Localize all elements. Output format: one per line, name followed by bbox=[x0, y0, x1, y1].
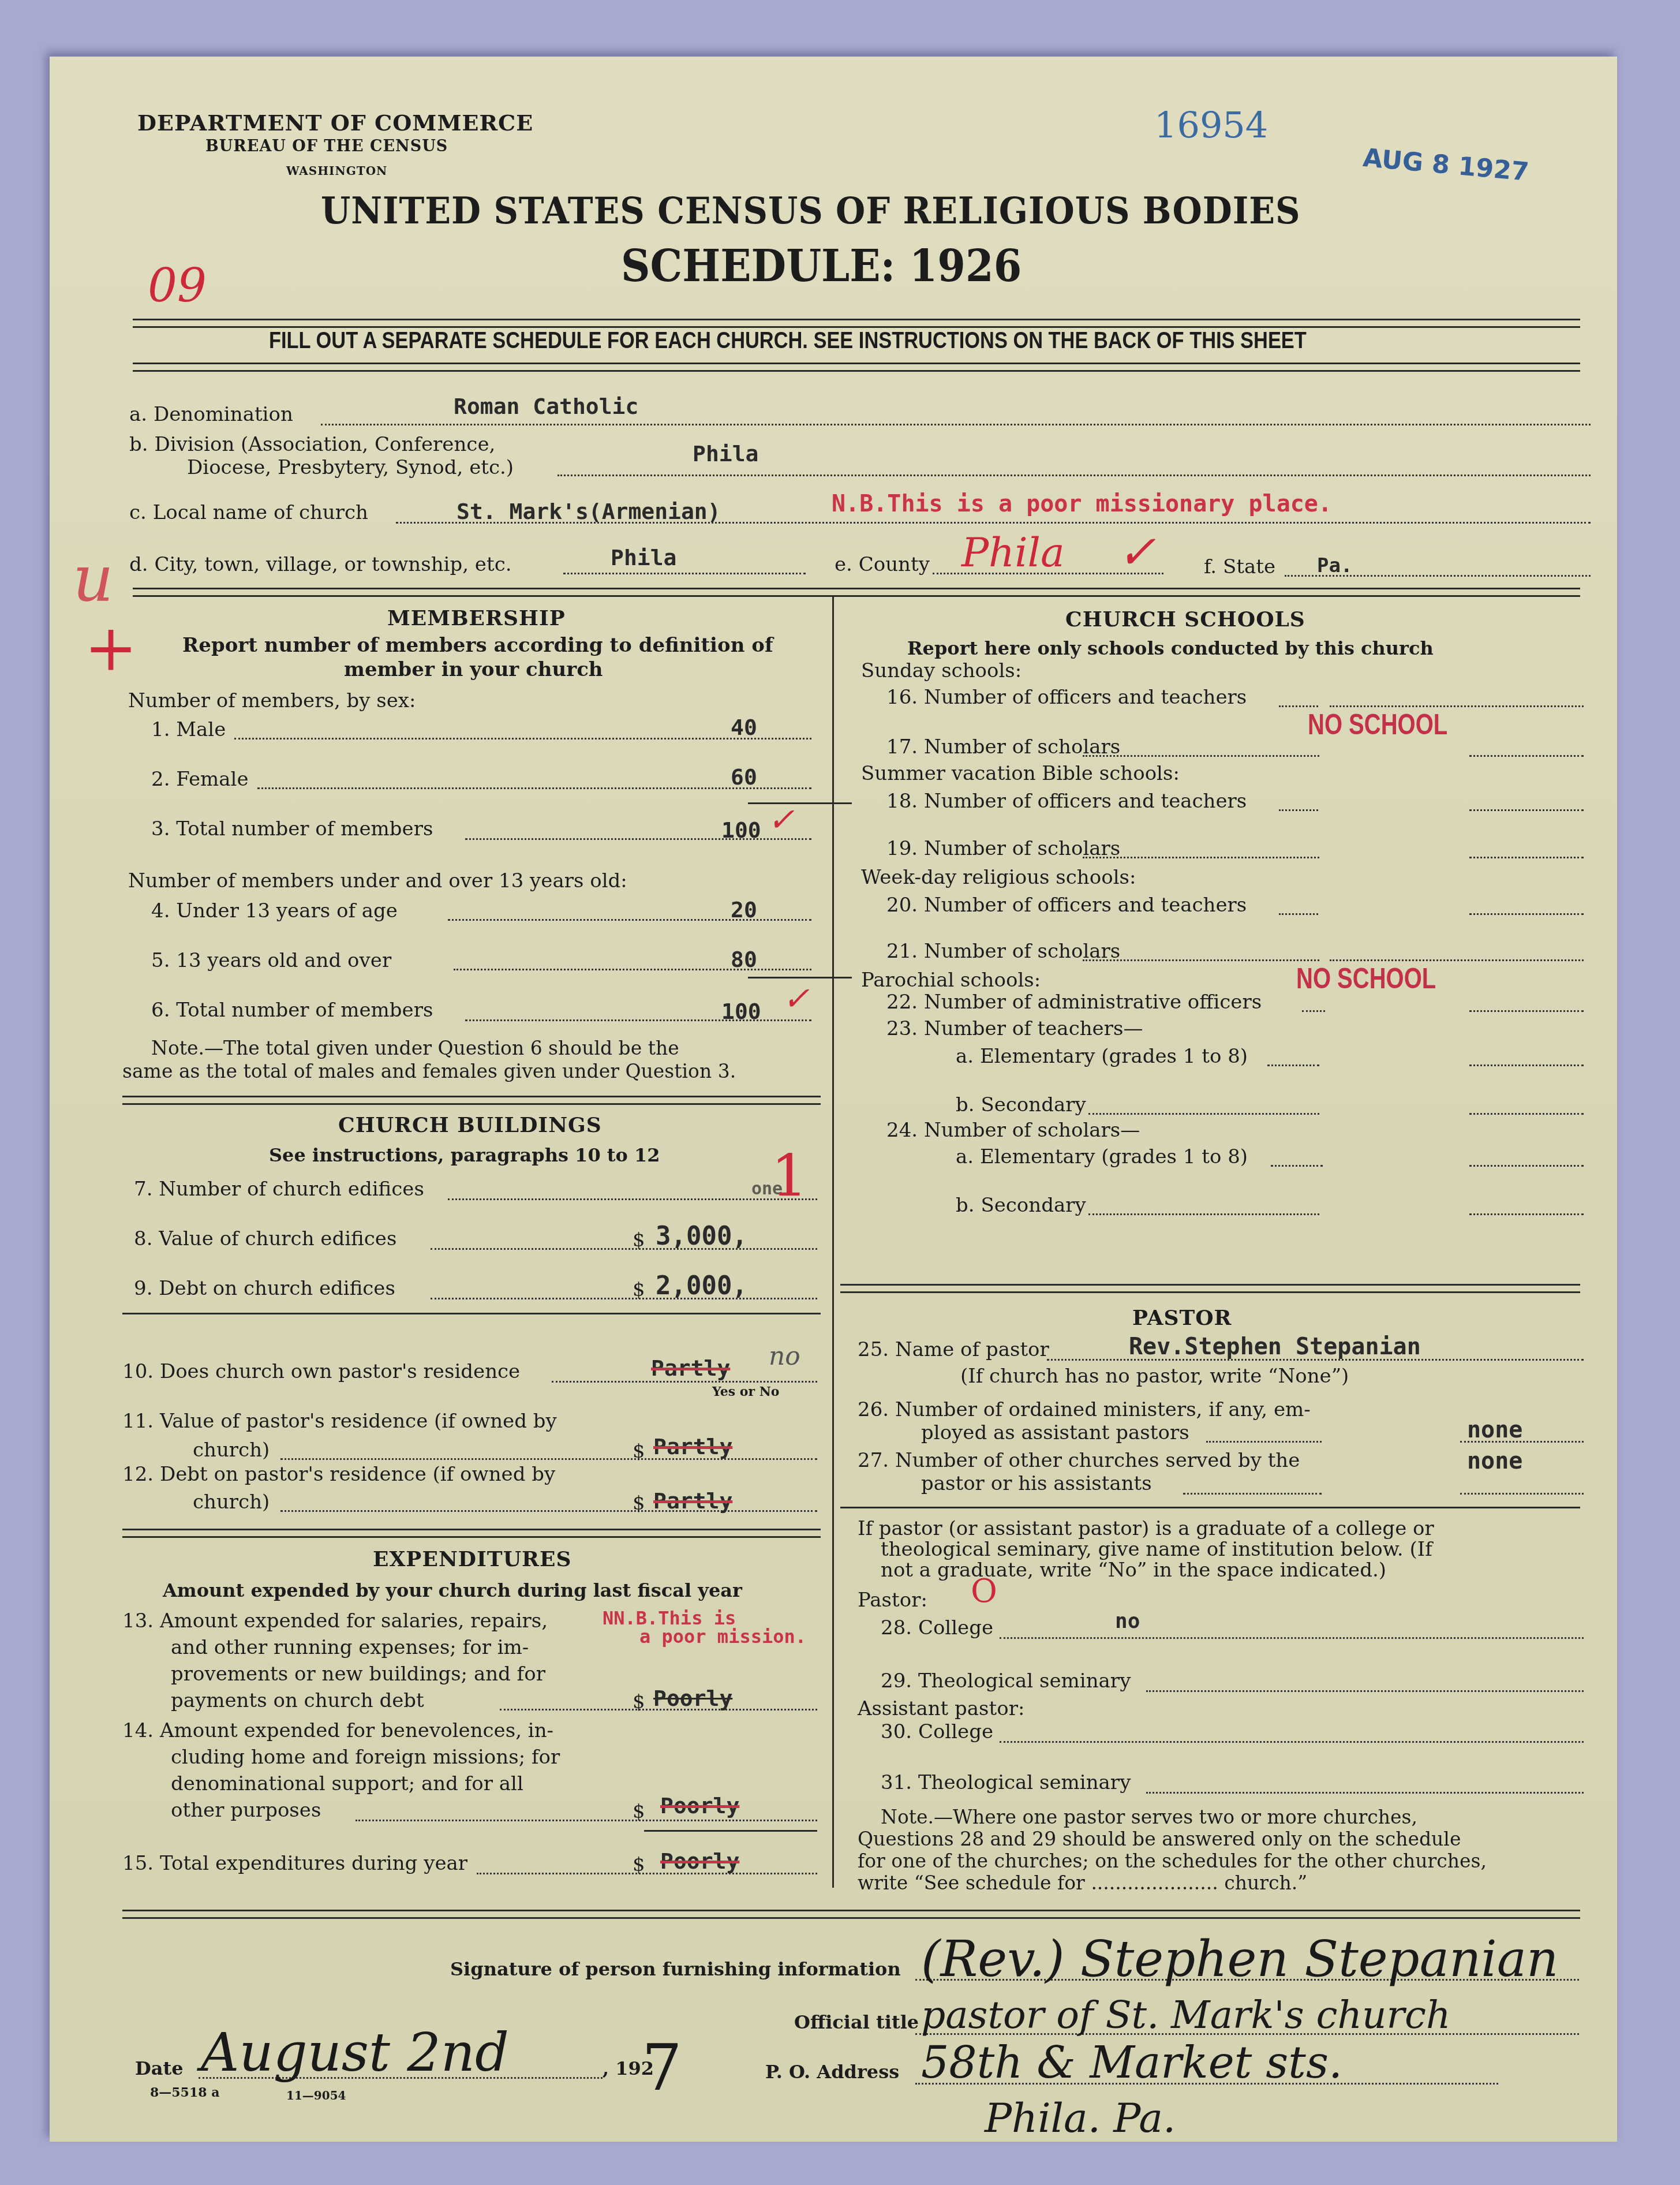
form-title: UNITED STATES CENSUS OF RELIGIOUS BODIES bbox=[321, 189, 1300, 233]
q24a-line-a bbox=[1271, 1165, 1323, 1167]
q17-line-b bbox=[1469, 755, 1584, 757]
graduate-note-line2: theological seminary, give name of insti… bbox=[881, 1538, 1432, 1561]
date-label: Date bbox=[135, 2057, 184, 2079]
membership-note-line2: same as the total of males and females g… bbox=[122, 1060, 736, 1083]
instruction-divider bbox=[133, 363, 1580, 372]
q8-line bbox=[431, 1248, 817, 1250]
q5-line bbox=[454, 969, 811, 970]
assistant-pastor-label: Assistant pastor: bbox=[858, 1697, 1024, 1720]
q1-male-value[interactable]: 40 bbox=[731, 715, 757, 740]
q30-label: 30. College bbox=[881, 1720, 993, 1743]
buildings-subtitle: See instructions, paragraphs 10 to 12 bbox=[269, 1144, 660, 1166]
q27-label-line1: 27. Number of other churches served by t… bbox=[858, 1449, 1300, 1472]
signature-value[interactable]: (Rev.) Stephen Stepanian bbox=[921, 1930, 1558, 1988]
q27-line-a bbox=[1183, 1493, 1322, 1495]
q18-label: 18. Number of officers and teachers bbox=[886, 790, 1247, 813]
q13-label-line2: and other running expenses; for im- bbox=[171, 1636, 529, 1659]
sunday-school-stamp: NO SCHOOL bbox=[1308, 708, 1447, 741]
q2-female-label: 2. Female bbox=[151, 768, 249, 791]
q16-line-b bbox=[1330, 705, 1584, 707]
parochial-school-stamp: NO SCHOOL bbox=[1296, 962, 1436, 995]
q10-residence-label: 10. Does church own pastor's residence bbox=[122, 1360, 520, 1383]
q23b-line-b bbox=[1469, 1113, 1584, 1115]
margin-mark-u: u bbox=[73, 541, 114, 615]
q12-label-line1: 12. Debt on pastor's residence (if owned… bbox=[122, 1463, 555, 1486]
q31-line bbox=[1146, 1792, 1584, 1794]
q11-value[interactable]: Partly bbox=[653, 1434, 732, 1459]
local-name-value[interactable]: St. Mark's(Armenian) bbox=[457, 499, 721, 524]
q22-label: 22. Number of administrative officers bbox=[886, 991, 1262, 1014]
bureau-city: WASHINGTON bbox=[286, 164, 387, 178]
q23-label: 23. Number of teachers— bbox=[886, 1017, 1143, 1040]
buildings-subdivider bbox=[122, 1313, 821, 1314]
division-label-line1: b. Division (Association, Conference, bbox=[129, 433, 495, 456]
q9-dollar-sign: $ bbox=[633, 1278, 645, 1301]
division-label-line2: Diocese, Presbytery, Synod, etc.) bbox=[187, 456, 514, 479]
membership-title: MEMBERSHIP bbox=[387, 606, 566, 630]
q10-hint: Yes or No bbox=[712, 1384, 780, 1399]
schedule-year: SCHEDULE: 1926 bbox=[621, 240, 1022, 292]
city-line bbox=[563, 573, 806, 574]
county-check-mark: ✓ bbox=[1117, 525, 1156, 579]
q22-line-b bbox=[1469, 1010, 1584, 1012]
q24a-label: a. Elementary (grades 1 to 8) bbox=[956, 1145, 1248, 1168]
q26-label-line1: 26. Number of ordained ministers, if any… bbox=[858, 1398, 1311, 1421]
q14-sum-rule bbox=[644, 1830, 817, 1832]
q13-label-line4: payments on church debt bbox=[171, 1689, 424, 1712]
pastor-sub-label: Pastor: bbox=[858, 1589, 927, 1612]
expenditures-annotation-line2: a poor mission. bbox=[639, 1626, 806, 1648]
q25-label: 25. Name of pastor bbox=[858, 1338, 1049, 1361]
q3-check-mark: ✓ bbox=[768, 801, 795, 839]
q11-label-line1: 11. Value of pastor's residence (if owne… bbox=[122, 1410, 557, 1433]
q13-dollar-sign: $ bbox=[633, 1690, 645, 1713]
q16-label: 16. Number of officers and teachers bbox=[886, 686, 1247, 709]
q26-line-a bbox=[1206, 1441, 1322, 1443]
pastor-note-line1: Note.—Where one pastor serves two or mor… bbox=[881, 1806, 1417, 1829]
q24-label: 24. Number of scholars— bbox=[886, 1119, 1140, 1142]
city-value[interactable]: Phila bbox=[611, 545, 676, 570]
schools-subtitle: Report here only schools conducted by th… bbox=[907, 637, 1434, 659]
q29-line bbox=[1146, 1690, 1584, 1692]
q30-line bbox=[1000, 1741, 1584, 1743]
header-divider bbox=[133, 319, 1580, 328]
summer-schools-label: Summer vacation Bible schools: bbox=[861, 762, 1180, 785]
q6-total-label: 6. Total number of members bbox=[151, 999, 433, 1022]
state-value[interactable]: Pa. bbox=[1317, 554, 1352, 577]
q20-line-a bbox=[1279, 913, 1318, 915]
q28-value[interactable]: no bbox=[1115, 1609, 1140, 1633]
denomination-value[interactable]: Roman Catholic bbox=[454, 394, 638, 419]
division-line bbox=[557, 475, 1591, 476]
q14-label-line3: denominational support; and for all bbox=[171, 1772, 523, 1795]
membership-divider bbox=[122, 1096, 821, 1105]
q23a-line-b bbox=[1469, 1065, 1584, 1066]
q21-line-a bbox=[1083, 959, 1319, 961]
q14-label-line1: 14. Amount expended for benevolences, in… bbox=[122, 1719, 553, 1742]
q9-debt-label: 9. Debt on church edifices bbox=[134, 1277, 395, 1300]
q9-value[interactable]: 2,000, bbox=[656, 1271, 747, 1301]
serial-number-stamp: 16954 bbox=[1154, 104, 1268, 146]
q12-dollar-sign: $ bbox=[633, 1492, 645, 1515]
buildings-title: CHURCH BUILDINGS bbox=[338, 1113, 602, 1137]
q24b-line-b bbox=[1469, 1213, 1584, 1215]
expenditures-title: EXPENDITURES bbox=[373, 1547, 571, 1571]
pastor-subdivider bbox=[840, 1507, 1580, 1508]
pastor-note-line4: write “See schedule for ................… bbox=[858, 1872, 1307, 1895]
q15-line bbox=[477, 1873, 817, 1874]
margin-mark-plus: + bbox=[84, 611, 137, 685]
local-name-annotation: N.B.This is a poor missionary place. bbox=[832, 491, 1332, 517]
q23a-label: a. Elementary (grades 1 to 8) bbox=[956, 1045, 1248, 1068]
q19-line-b bbox=[1469, 857, 1584, 858]
margin-mark-red: 09 bbox=[148, 259, 207, 312]
q27-label-line2: pastor or his assistants bbox=[921, 1472, 1152, 1495]
weekday-schools-label: Week-day religious schools: bbox=[861, 866, 1136, 889]
q14-line bbox=[356, 1820, 817, 1821]
q20-line-b bbox=[1469, 913, 1584, 915]
po-address-label: P. O. Address bbox=[765, 2061, 899, 2083]
column-divider bbox=[832, 597, 834, 1888]
membership-note-line1: Note.—The total given under Question 6 s… bbox=[151, 1037, 679, 1060]
county-label: e. County bbox=[835, 553, 930, 576]
q8-value-label: 8. Value of church edifices bbox=[134, 1227, 396, 1250]
q5-over13-value[interactable]: 80 bbox=[731, 947, 757, 972]
q28-line bbox=[1000, 1637, 1584, 1639]
q22-line-a bbox=[1302, 1010, 1325, 1012]
q10-line bbox=[552, 1381, 817, 1383]
q14-label-line4: other purposes bbox=[171, 1799, 321, 1822]
census-schedule-form: DEPARTMENT OF COMMERCE BUREAU OF THE CEN… bbox=[50, 57, 1617, 2142]
state-label: f. State bbox=[1204, 555, 1275, 578]
q13-label-line1: 13. Amount expended for salaries, repair… bbox=[122, 1609, 548, 1633]
q27-value[interactable]: none bbox=[1467, 1448, 1522, 1474]
q8-value[interactable]: 3,000, bbox=[656, 1222, 747, 1251]
q24b-line-a bbox=[1088, 1213, 1319, 1215]
q17-line-a bbox=[1083, 755, 1319, 757]
q23a-line-a bbox=[1267, 1065, 1319, 1066]
membership-subtitle-line2: member in your church bbox=[344, 658, 603, 681]
parochial-schools-label: Parochial schools: bbox=[861, 969, 1041, 992]
by-sex-label: Number of members, by sex: bbox=[128, 689, 416, 712]
buildings-divider bbox=[122, 1529, 821, 1538]
q11-label-line2: church) bbox=[193, 1439, 270, 1462]
county-value[interactable]: Phila bbox=[961, 529, 1065, 576]
received-date-stamp: AUG 8 1927 bbox=[1362, 143, 1531, 187]
q2-sum-rule bbox=[748, 802, 852, 804]
official-title-value[interactable]: pastor of St. Mark's church bbox=[921, 1993, 1451, 2037]
q26-label-line2: ployed as assistant pastors bbox=[921, 1421, 1189, 1444]
q16-line-a bbox=[1279, 705, 1318, 707]
city-label: d. City, town, village, or township, etc… bbox=[129, 553, 512, 576]
q29-label: 29. Theological seminary bbox=[881, 1669, 1131, 1693]
graduate-note-line3: not a graduate, write “No” in the space … bbox=[881, 1559, 1386, 1582]
schools-divider bbox=[840, 1284, 1580, 1293]
identification-divider bbox=[133, 588, 1580, 597]
schools-title: CHURCH SCHOOLS bbox=[1065, 607, 1305, 632]
q12-line bbox=[280, 1510, 817, 1512]
q6-total-value[interactable]: 100 bbox=[721, 999, 761, 1024]
q15-value[interactable]: Poorly bbox=[660, 1848, 739, 1874]
denomination-line bbox=[321, 424, 1591, 425]
q3-total-value[interactable]: 100 bbox=[721, 817, 761, 843]
date-value[interactable]: August 2nd bbox=[201, 2022, 509, 2083]
year-suffix[interactable]: 7 bbox=[642, 2031, 682, 2105]
graduate-note-line1: If pastor (or assistant pastor) is a gra… bbox=[858, 1517, 1434, 1540]
q11-line bbox=[280, 1458, 817, 1460]
q9-line bbox=[431, 1298, 817, 1299]
division-value[interactable]: Phila bbox=[693, 441, 758, 466]
q25-pastor-name[interactable]: Rev.Stephen Stepanian bbox=[1129, 1334, 1421, 1360]
denomination-label: a. Denomination bbox=[129, 403, 293, 426]
q14-value[interactable]: Poorly bbox=[660, 1793, 739, 1818]
q8-dollar-sign: $ bbox=[633, 1228, 645, 1252]
q4-under13-label: 4. Under 13 years of age bbox=[151, 899, 398, 922]
q1-male-label: 1. Male bbox=[151, 718, 226, 741]
q10-correction: no bbox=[769, 1342, 800, 1371]
q27-line-b bbox=[1460, 1493, 1584, 1495]
q1-line bbox=[234, 738, 811, 739]
q10-value[interactable]: Partly bbox=[651, 1355, 730, 1381]
department-name: DEPARTMENT OF COMMERCE bbox=[137, 110, 533, 136]
q25-hint: (If church has no pastor, write “None”) bbox=[960, 1365, 1349, 1388]
expenditures-subtitle: Amount expended by your church during la… bbox=[163, 1579, 742, 1601]
q6-check-mark: ✓ bbox=[783, 980, 810, 1018]
q7-edifices-label: 7. Number of church edifices bbox=[134, 1178, 424, 1201]
q18-line-a bbox=[1279, 809, 1318, 811]
q5-over13-label: 5. 13 years old and over bbox=[151, 949, 391, 972]
q5-sum-rule bbox=[748, 977, 852, 978]
pastor-red-circle: O bbox=[971, 1573, 997, 1610]
print-number: 11—9054 bbox=[286, 2089, 346, 2102]
q4-under13-value[interactable]: 20 bbox=[731, 897, 757, 922]
bureau-name: BUREAU OF THE CENSUS bbox=[205, 137, 448, 155]
q12-label-line2: church) bbox=[193, 1491, 270, 1514]
q14-label-line2: cluding home and foreign missions; for bbox=[171, 1746, 560, 1769]
q15-dollar-sign: $ bbox=[633, 1853, 645, 1876]
q21-line-b bbox=[1330, 959, 1584, 961]
q28-label: 28. College bbox=[881, 1616, 993, 1639]
fill-out-instruction: FILL OUT A SEPARATE SCHEDULE FOR EACH CH… bbox=[269, 328, 1307, 354]
q13-value[interactable]: Poorly bbox=[653, 1686, 732, 1711]
q20-label: 20. Number of officers and teachers bbox=[886, 894, 1247, 917]
pastor-title: PASTOR bbox=[1132, 1306, 1232, 1330]
q31-label: 31. Theological seminary bbox=[881, 1771, 1131, 1794]
q18-line-b bbox=[1469, 809, 1584, 811]
footer-divider bbox=[122, 1910, 1580, 1919]
po-address-line2[interactable]: Phila. Pa. bbox=[985, 2094, 1176, 2142]
q14-dollar-sign: $ bbox=[633, 1800, 645, 1823]
q7-correction: 1 bbox=[771, 1142, 808, 1209]
sunday-schools-label: Sunday schools: bbox=[861, 659, 1022, 682]
q23b-label: b. Secondary bbox=[956, 1093, 1086, 1116]
pastor-note-line3: for one of the churches; on the schedule… bbox=[858, 1850, 1487, 1873]
official-title-label: Official title bbox=[794, 2011, 919, 2033]
form-number: 8—5518 a bbox=[150, 2085, 219, 2100]
q2-female-value[interactable]: 60 bbox=[731, 764, 757, 790]
po-address-line1[interactable]: 58th & Market sts. bbox=[921, 2037, 1342, 2088]
q11-dollar-sign: $ bbox=[633, 1440, 645, 1463]
q12-value[interactable]: Partly bbox=[653, 1488, 732, 1514]
q15-label: 15. Total expenditures during year bbox=[122, 1852, 467, 1875]
membership-subtitle-line1: Report number of members according to de… bbox=[182, 634, 773, 657]
q26-value[interactable]: none bbox=[1467, 1417, 1522, 1443]
pastor-note-line2: Questions 28 and 29 should be answered o… bbox=[858, 1828, 1461, 1851]
q24a-line-b bbox=[1469, 1165, 1584, 1167]
q24b-label: b. Secondary bbox=[956, 1194, 1086, 1217]
signature-label: Signature of person furnishing informati… bbox=[450, 1958, 901, 1980]
local-name-label: c. Local name of church bbox=[129, 501, 368, 524]
q23b-line-a bbox=[1088, 1113, 1319, 1115]
q13-label-line3: provements or new buildings; and for bbox=[171, 1663, 545, 1686]
q19-line-a bbox=[1083, 857, 1319, 858]
q3-total-label: 3. Total number of members bbox=[151, 817, 433, 841]
age-label: Number of members under and over 13 year… bbox=[128, 869, 627, 892]
q2-line bbox=[257, 787, 811, 789]
